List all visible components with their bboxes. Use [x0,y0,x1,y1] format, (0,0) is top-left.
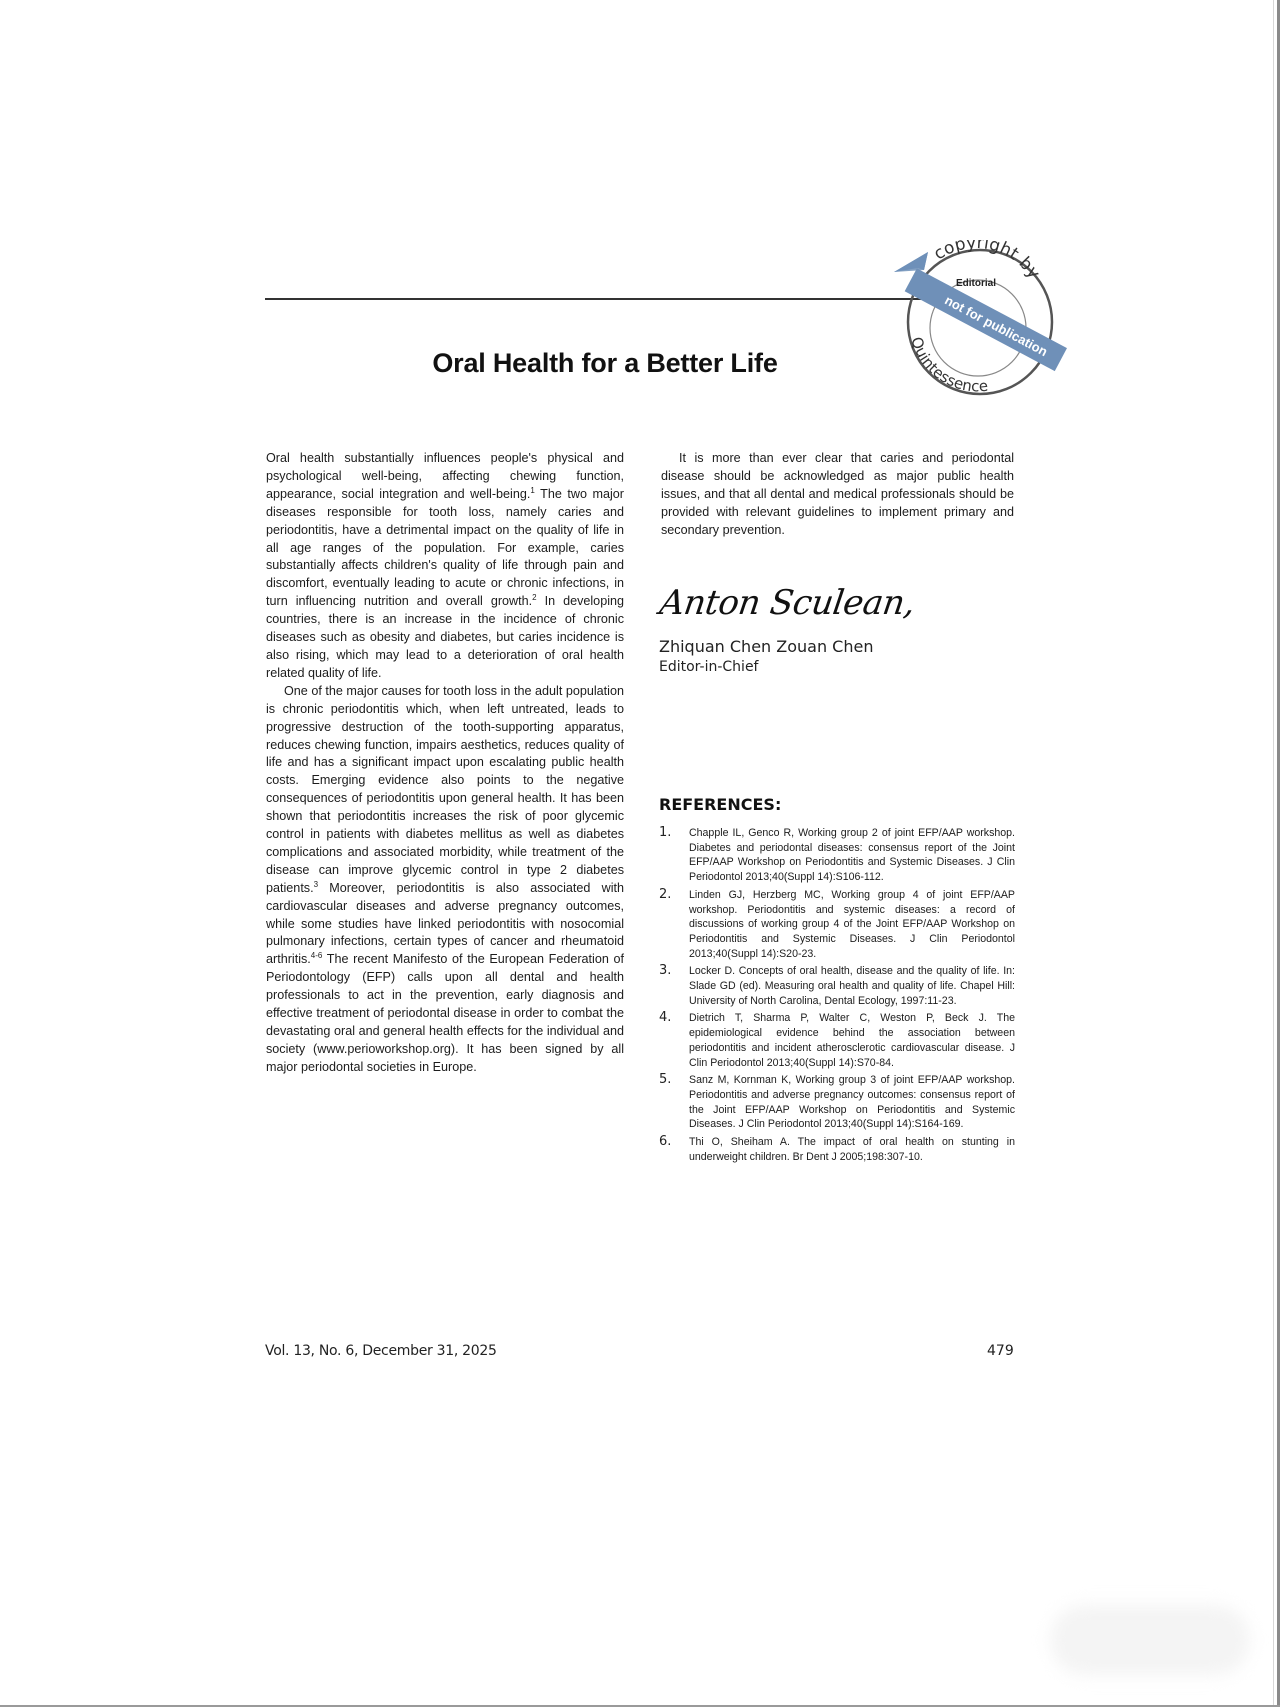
reference-item: 4.Dietrich T, Sharma P, Walter C, Weston… [659,1011,1015,1070]
reference-item: 6.Thi O, Sheiham A. The impact of oral h… [659,1135,1015,1164]
author-role: Editor-in-Chief [659,659,758,675]
reference-item: 2.Linden GJ, Herzberg MC, Working group … [659,888,1015,962]
svg-text:Editorial: Editorial [956,278,996,289]
page-right-edge-inner [1273,0,1274,1707]
closing-paragraph: It is more than ever clear that caries a… [661,450,1014,540]
paragraph-1: Oral health substantially influences peo… [266,450,624,683]
header-rule [265,298,930,300]
references-heading: REFERENCES: [659,795,781,814]
scan-smudge [1050,1605,1250,1675]
copyright-stamp-icon: copyright by Editorial not for publicati… [880,240,1080,410]
body-left-column: Oral health substantially influences peo… [266,450,624,1077]
references-list: 1.Chapple IL, Genco R, Working group 2 o… [659,826,1015,1167]
body-right-column: It is more than ever clear that caries a… [661,450,1014,540]
reference-item: 1.Chapple IL, Genco R, Working group 2 o… [659,826,1015,885]
page-title: Oral Health for a Better Life [265,348,945,379]
footer-page-number: 479 [987,1343,1014,1359]
reference-item: 5.Sanz M, Kornman K, Working group 3 of … [659,1073,1015,1132]
footer-issue-info: Vol. 13, No. 6, December 31, 2025 [265,1343,497,1359]
author-name: Zhiquan Chen Zouan Chen [659,637,873,656]
svg-text:copyright by: copyright by [930,240,1043,283]
paragraph-2: One of the major causes for tooth loss i… [266,683,624,1077]
svg-text:not for publication: not for publication [942,292,1050,359]
handwritten-signature: Anton Sculean, [657,583,917,623]
reference-item: 3.Locker D. Concepts of oral health, dis… [659,964,1015,1008]
